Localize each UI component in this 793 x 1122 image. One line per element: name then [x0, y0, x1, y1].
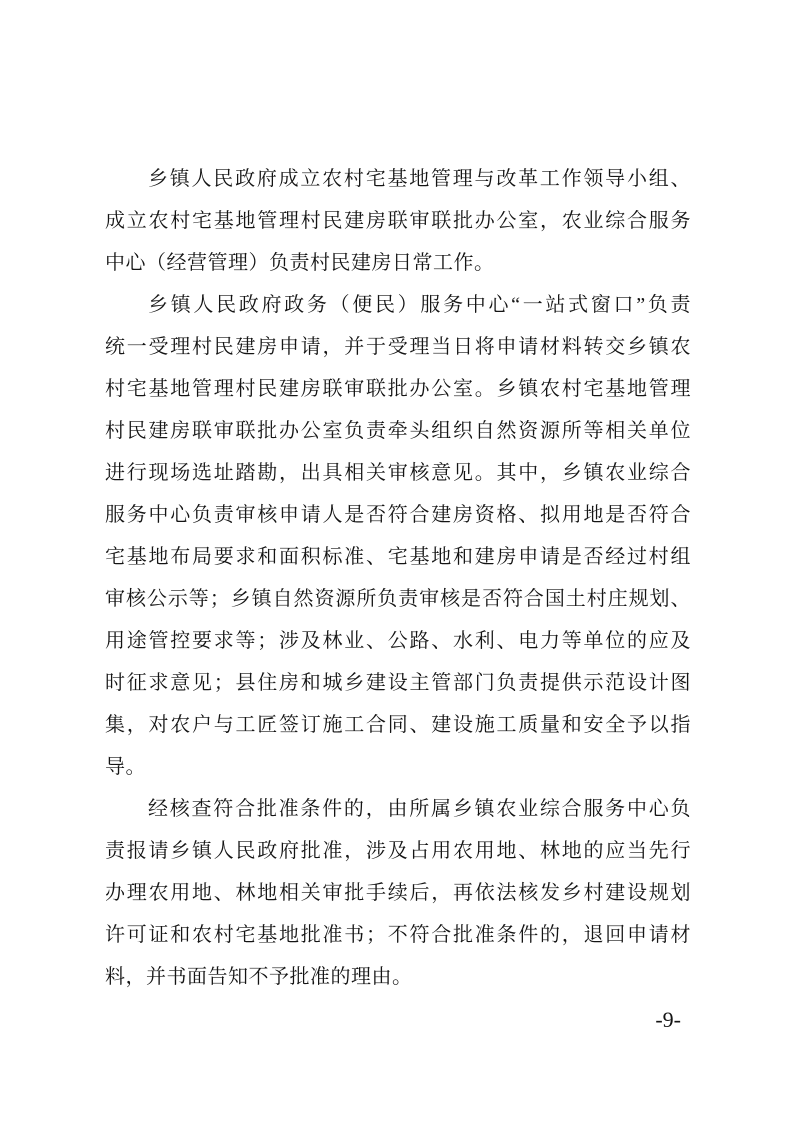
document-page: 乡镇人民政府成立农村宅基地管理与改革工作领导小组、成立农村宅基地管理村民建房联审…	[0, 0, 793, 1122]
text-line: 进行现场选址踏勘，出具相关审核意见。其中，乡镇农业综合	[105, 452, 691, 494]
document-body: 乡镇人民政府成立农村宅基地管理与改革工作领导小组、成立农村宅基地管理村民建房联审…	[105, 158, 691, 998]
text-line: 村宅基地管理村民建房联审联批办公室。乡镇农村宅基地管理	[105, 368, 691, 410]
text-line: 统一受理村民建房申请，并于受理当日将申请材料转交乡镇农	[105, 326, 691, 368]
text-line: 成立农村宅基地管理村民建房联审联批办公室，农业综合服务	[105, 200, 691, 242]
page-footer: -9-	[655, 1006, 681, 1034]
text-line: 时征求意见；县住房和城乡建设主管部门负责提供示范设计图	[105, 662, 691, 704]
text-line: 办理农用地、林地相关审批手续后，再依法核发乡村建设规划	[105, 872, 691, 914]
paragraph: 经核查符合批准条件的，由所属乡镇农业综合服务中心负责报请乡镇人民政府批准，涉及占…	[105, 788, 691, 998]
text-line: 经核查符合批准条件的，由所属乡镇农业综合服务中心负	[105, 788, 691, 830]
page-number: -9-	[655, 1007, 681, 1032]
text-line: 责报请乡镇人民政府批准，涉及占用农用地、林地的应当先行	[105, 830, 691, 872]
text-line: 用途管控要求等；涉及林业、公路、水利、电力等单位的应及	[105, 620, 691, 662]
text-line: 集，对农户与工匠签订施工合同、建设施工质量和安全予以指	[105, 704, 691, 746]
text-line: 导。	[105, 746, 691, 788]
paragraph: 乡镇人民政府政务（便民）服务中心“一站式窗口”负责统一受理村民建房申请，并于受理…	[105, 284, 691, 788]
text-line: 许可证和农村宅基地批准书；不符合批准条件的，退回申请材	[105, 914, 691, 956]
paragraph: 乡镇人民政府成立农村宅基地管理与改革工作领导小组、成立农村宅基地管理村民建房联审…	[105, 158, 691, 284]
text-line: 村民建房联审联批办公室负责牵头组织自然资源所等相关单位	[105, 410, 691, 452]
text-line: 乡镇人民政府政务（便民）服务中心“一站式窗口”负责	[105, 284, 691, 326]
text-line: 乡镇人民政府成立农村宅基地管理与改革工作领导小组、	[105, 158, 691, 200]
text-line: 宅基地布局要求和面积标准、宅基地和建房申请是否经过村组	[105, 536, 691, 578]
text-line: 中心（经营管理）负责村民建房日常工作。	[105, 242, 691, 284]
text-line: 料，并书面告知不予批准的理由。	[105, 956, 691, 998]
text-line: 审核公示等；乡镇自然资源所负责审核是否符合国土村庄规划、	[105, 578, 691, 620]
text-line: 服务中心负责审核申请人是否符合建房资格、拟用地是否符合	[105, 494, 691, 536]
